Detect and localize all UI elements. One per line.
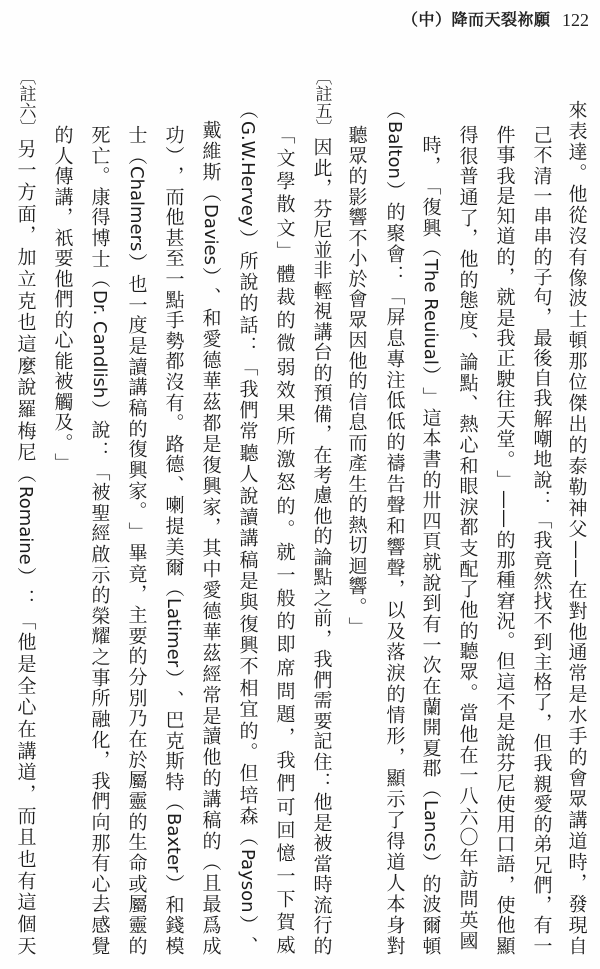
text-column: 己不清一串串的子句，最後自我解嘲地說：「我竟然找不到主格了，但我親愛的弟兄們，有… xyxy=(528,125,554,955)
glyph: 。 xyxy=(164,413,183,432)
glyph: 影 xyxy=(347,187,366,206)
glyph: 就 xyxy=(275,542,294,561)
glyph: 息 xyxy=(347,412,366,431)
glyph: 們 xyxy=(312,670,331,689)
glyph: 克 xyxy=(16,291,35,310)
glyph: 是 xyxy=(201,706,220,725)
glyph: 事 xyxy=(90,668,109,687)
text-column: 件事我是知道的，就是我正駛往天堂。」——的那種窘況。但這不是說芬尼使用口語，使他… xyxy=(491,125,517,955)
glyph: 我 xyxy=(275,750,294,769)
text-column-paragraph-end: 的人傳講，祇要他們的心能被觸及。」 xyxy=(49,125,75,505)
glyph: 功 xyxy=(164,125,183,144)
glyph: 他 xyxy=(495,915,514,934)
glyph: 、 xyxy=(238,936,257,955)
glyph: 問 xyxy=(458,889,477,908)
glyph: 他 xyxy=(16,632,35,651)
glyph: 天 xyxy=(495,409,514,428)
glyph: 顯 xyxy=(495,936,514,955)
glyph: 英 xyxy=(458,910,477,929)
glyph: 茲 xyxy=(201,392,220,411)
glyph: 發 xyxy=(567,894,586,913)
glyph: 年 xyxy=(458,848,477,867)
glyph: 散 xyxy=(275,194,294,213)
glyph: 表 xyxy=(567,121,586,140)
glyph: 是 xyxy=(127,336,146,355)
glyph: 提 xyxy=(164,516,183,535)
glyph: ， xyxy=(164,166,183,185)
glyph: 然 xyxy=(532,571,551,590)
glyph: 麼 xyxy=(16,356,35,375)
glyph: 效 xyxy=(275,380,294,399)
glyph: 且 xyxy=(201,873,220,892)
glyph: 需 xyxy=(312,690,331,709)
glyph: Chalmers xyxy=(127,166,145,251)
text-column: 士（Chalmers）也一度是讀講稿的復興家。」畢竟，主要的分別乃在於屬靈的生命… xyxy=(123,125,149,955)
glyph: 啟 xyxy=(90,544,109,563)
footnote-column-note-6: 〔註六〕另一方面，加立克也這麼說羅梅尼（Romaine）：「他是全心在講道，而且… xyxy=(12,68,38,955)
glyph: 讀 xyxy=(201,726,220,745)
glyph: 本 xyxy=(421,428,440,447)
glyph: 的 xyxy=(53,125,72,144)
glyph: 的 xyxy=(495,530,514,549)
glyph: 前 xyxy=(312,608,331,627)
glyph: 斯 xyxy=(201,162,220,181)
glyph: 可 xyxy=(275,797,294,816)
glyph: 點 xyxy=(312,567,331,586)
glyph: 了 xyxy=(385,810,404,829)
glyph: 現 xyxy=(567,915,586,934)
glyph: 面 xyxy=(16,204,35,223)
glyph: 淚 xyxy=(385,663,404,682)
glyph: 會 xyxy=(347,289,366,308)
glyph: 一 xyxy=(127,295,146,314)
glyph: 融 xyxy=(90,709,109,728)
glyph: ， xyxy=(312,629,331,648)
glyph: 解 xyxy=(532,409,551,428)
glyph: ， xyxy=(16,225,35,244)
glyph: ， xyxy=(495,875,514,894)
glyph: 波 xyxy=(421,894,440,913)
glyph: 在 xyxy=(127,729,146,748)
glyph: 稿 xyxy=(127,398,146,417)
glyph: Dr. Candlish xyxy=(90,290,108,398)
glyph: 這 xyxy=(421,408,440,427)
glyph: 行 xyxy=(312,915,331,934)
glyph: 。 xyxy=(567,163,586,182)
glyph: 一 xyxy=(421,635,440,654)
text-column: 功），而他甚至一點手勢都沒有。路德、喇提美爾（Latimer）、巴克斯特（Bax… xyxy=(160,125,186,955)
glyph: 的 xyxy=(127,646,146,665)
glyph: 的 xyxy=(127,936,146,955)
glyph: 一 xyxy=(275,565,294,584)
glyph: 康 xyxy=(90,187,109,206)
glyph: 我 xyxy=(532,530,551,549)
glyph: 一 xyxy=(458,765,477,784)
glyph: 眾 xyxy=(347,310,366,329)
glyph: 度 xyxy=(127,315,146,334)
glyph: 地 xyxy=(532,449,551,468)
glyph: 講 xyxy=(201,789,220,808)
glyph: 串 xyxy=(532,206,551,225)
glyph: 愛 xyxy=(201,329,220,348)
glyph: 的 xyxy=(312,526,331,545)
glyph: 國 xyxy=(458,931,477,950)
glyph: 的 xyxy=(53,310,72,329)
glyph: 響 xyxy=(347,207,366,226)
glyph: 常 xyxy=(201,685,220,704)
glyph: 就 xyxy=(495,287,514,306)
glyph: ， xyxy=(385,747,404,766)
glyph: 人 xyxy=(53,146,72,165)
glyph: ， xyxy=(567,873,586,892)
glyph: 模 xyxy=(164,936,183,955)
glyph: 切 xyxy=(347,535,366,554)
glyph: 回 xyxy=(275,820,294,839)
glyph: 眾 xyxy=(567,789,586,808)
glyph: 人 xyxy=(238,464,257,483)
glyph: 勒 xyxy=(567,477,586,496)
glyph: 我 xyxy=(495,166,514,185)
glyph: （ xyxy=(201,183,220,202)
glyph: 復 xyxy=(127,439,146,458)
glyph: （ xyxy=(16,464,35,483)
glyph: 記 xyxy=(312,731,331,750)
glyph: 是 xyxy=(238,571,257,590)
glyph: 人 xyxy=(385,873,404,892)
vertical-text-body: 來表達。他從沒有像波士頓那位傑出的泰勒神父——在對他通常是水手的會眾講道時，發現… xyxy=(0,0,600,969)
glyph: 道 xyxy=(495,226,514,245)
glyph: 說 xyxy=(421,573,440,592)
glyph: 了 xyxy=(458,579,477,598)
glyph: 並 xyxy=(312,240,331,259)
glyph: 像 xyxy=(567,268,586,287)
glyph: 心 xyxy=(16,697,35,716)
glyph: ） xyxy=(164,146,183,165)
glyph: 事 xyxy=(495,145,514,164)
glyph: 〇 xyxy=(458,827,477,846)
glyph: ， xyxy=(532,895,551,914)
glyph: 、 xyxy=(164,690,183,709)
glyph: 會 xyxy=(385,244,404,263)
glyph: 的 xyxy=(458,621,477,640)
glyph: 他 xyxy=(201,747,220,766)
glyph: 興 xyxy=(127,460,146,479)
glyph: 有 xyxy=(532,915,551,934)
glyph: 眾 xyxy=(347,146,366,165)
glyph: 的 xyxy=(385,202,404,221)
glyph: 往 xyxy=(495,389,514,408)
glyph: 身 xyxy=(385,915,404,934)
glyph: 在 xyxy=(567,580,586,599)
glyph: 爾 xyxy=(421,915,440,934)
glyph: 且 xyxy=(16,827,35,846)
glyph: 乃 xyxy=(127,708,146,727)
glyph: 頓 xyxy=(421,936,440,955)
glyph: 傳 xyxy=(53,166,72,185)
glyph: 培 xyxy=(238,785,257,804)
glyph: 們 xyxy=(53,289,72,308)
glyph: 來 xyxy=(567,100,586,119)
glyph: 問 xyxy=(275,681,294,700)
glyph: 出 xyxy=(567,414,586,433)
glyph: 的 xyxy=(312,936,331,955)
glyph: 迴 xyxy=(347,556,366,575)
glyph: 的 xyxy=(532,247,551,266)
glyph: 論 xyxy=(458,352,477,371)
footnote-label: 〔註五〕 xyxy=(313,68,330,136)
glyph: 主 xyxy=(127,605,146,624)
glyph: 「 xyxy=(385,286,404,305)
glyph: ） xyxy=(164,669,183,688)
glyph: 非 xyxy=(312,260,331,279)
glyph: 有 xyxy=(567,247,586,266)
glyph: 那 xyxy=(567,351,586,370)
glyph: 屬 xyxy=(127,770,146,789)
glyph: 而 xyxy=(164,187,183,206)
glyph: 講 xyxy=(567,810,586,829)
glyph: 德 xyxy=(164,454,183,473)
glyph: 主 xyxy=(532,652,551,671)
glyph: 考 xyxy=(312,465,331,484)
glyph: 他 xyxy=(458,600,477,619)
glyph: 知 xyxy=(495,206,514,225)
glyph: 對 xyxy=(385,936,404,955)
glyph: 這 xyxy=(16,334,35,353)
glyph: 形 xyxy=(385,726,404,745)
glyph: （ xyxy=(164,792,183,811)
glyph: （ xyxy=(238,827,257,846)
glyph: 而 xyxy=(347,433,366,452)
glyph: ） xyxy=(421,366,440,385)
glyph: ， xyxy=(16,784,35,803)
glyph: 。 xyxy=(90,166,109,185)
glyph: 和 xyxy=(458,456,477,475)
glyph: 另 xyxy=(16,139,35,158)
glyph: 堂 xyxy=(495,429,514,448)
glyph: 示 xyxy=(385,789,404,808)
glyph: 信 xyxy=(347,392,366,411)
glyph: 。 xyxy=(495,631,514,650)
glyph: 家 xyxy=(201,497,220,516)
glyph: 的 xyxy=(238,293,257,312)
glyph: 的 xyxy=(347,166,366,185)
glyph: 屬 xyxy=(127,894,146,913)
glyph: ： xyxy=(312,772,331,791)
glyph: 常 xyxy=(238,421,257,440)
glyph: 專 xyxy=(385,349,404,368)
glyph: 竟 xyxy=(127,564,146,583)
glyph: 都 xyxy=(201,413,220,432)
glyph: 死 xyxy=(90,125,109,144)
glyph: 說 xyxy=(16,377,35,396)
glyph: ， xyxy=(421,156,440,175)
glyph: ， xyxy=(53,207,72,226)
glyph: 興 xyxy=(421,218,440,237)
glyph: 去 xyxy=(90,894,109,913)
glyph: 「 xyxy=(16,611,35,630)
glyph: ） xyxy=(238,229,257,248)
glyph: ， xyxy=(275,727,294,746)
glyph: ， xyxy=(495,267,514,286)
glyph: 錢 xyxy=(164,915,183,934)
glyph: 也 xyxy=(127,274,146,293)
glyph: 後 xyxy=(532,348,551,367)
glyph: 本 xyxy=(385,894,404,913)
glyph: ： xyxy=(532,490,551,509)
glyph: 一 xyxy=(275,866,294,885)
glyph: 口 xyxy=(495,834,514,853)
glyph: 度 xyxy=(458,311,477,330)
glyph: 四 xyxy=(421,511,440,530)
glyph: 八 xyxy=(458,786,477,805)
glyph: 聚 xyxy=(385,223,404,242)
glyph: 祇 xyxy=(53,228,72,247)
glyph: 復 xyxy=(201,455,220,474)
glyph: 頁 xyxy=(421,531,440,550)
glyph: 即 xyxy=(275,634,294,653)
glyph: 耀 xyxy=(90,626,109,645)
glyph: 況 xyxy=(495,611,514,630)
glyph: 復 xyxy=(421,197,440,216)
glyph: 我 xyxy=(312,649,331,668)
glyph: 所 xyxy=(275,426,294,445)
glyph: 沒 xyxy=(164,372,183,391)
glyph: 輕 xyxy=(312,281,331,300)
glyph: 。 xyxy=(53,433,72,452)
glyph: 、 xyxy=(164,475,183,494)
glyph: 到 xyxy=(532,632,551,651)
glyph: 們 xyxy=(275,773,294,792)
glyph: 。 xyxy=(238,742,257,761)
glyph: 學 xyxy=(275,171,294,190)
glyph: 」 xyxy=(53,453,72,472)
glyph: 傑 xyxy=(567,393,586,412)
glyph: 的 xyxy=(238,721,257,740)
glyph: 情 xyxy=(385,705,404,724)
glyph: 是 xyxy=(495,712,514,731)
glyph: 興 xyxy=(238,635,257,654)
glyph: 因 xyxy=(347,330,366,349)
glyph: 憶 xyxy=(275,843,294,862)
glyph: 最 xyxy=(532,328,551,347)
glyph: （ xyxy=(127,146,146,165)
glyph: 會 xyxy=(567,768,586,787)
glyph: 格 xyxy=(532,672,551,691)
glyph: 道 xyxy=(385,852,404,871)
glyph: 禱 xyxy=(385,453,404,472)
glyph: 德 xyxy=(201,601,220,620)
glyph: 語 xyxy=(495,854,514,873)
glyph: 爲 xyxy=(201,915,220,934)
glyph: Latimer xyxy=(164,598,182,667)
glyph: 般 xyxy=(275,588,294,607)
glyph: 以 xyxy=(385,600,404,619)
glyph: 論 xyxy=(312,547,331,566)
glyph: 講 xyxy=(127,377,146,396)
glyph: 當 xyxy=(458,703,477,722)
glyph: 之 xyxy=(312,588,331,607)
text-column: 死亡。康得博士（Dr. Candlish）說：「被聖經啟示的榮耀之事所融化，我們… xyxy=(86,125,112,955)
glyph: 手 xyxy=(567,726,586,745)
glyph: 視 xyxy=(312,301,331,320)
glyph: 眼 xyxy=(458,476,477,495)
glyph: 爾 xyxy=(164,557,183,576)
glyph: 對 xyxy=(567,601,586,620)
glyph: 講 xyxy=(53,187,72,206)
glyph: 有 xyxy=(164,393,183,412)
glyph: 時 xyxy=(312,874,331,893)
glyph: 森 xyxy=(238,806,257,825)
glyph: 克 xyxy=(164,731,183,750)
glyph: ： xyxy=(385,265,404,284)
text-column: 「文學散文」體裁的微弱效果所激怒的。就一般的即席問題，我們可回憶一下賀威 xyxy=(271,125,297,955)
text-column: 時，「復興（The Reuiual）」這本書的卅四頁就說到有一次在蘭開夏郡（La… xyxy=(417,135,443,955)
glyph: 此 xyxy=(312,158,331,177)
glyph: 有 xyxy=(16,871,35,890)
glyph: 夏 xyxy=(421,738,440,757)
glyph: 聲 xyxy=(385,495,404,514)
glyph: 熱 xyxy=(458,414,477,433)
glyph: 沒 xyxy=(567,226,586,245)
glyph: 常 xyxy=(567,663,586,682)
glyph: 文 xyxy=(275,218,294,237)
glyph: 尼 xyxy=(495,773,514,792)
glyph: 的 xyxy=(421,470,440,489)
glyph: 的 xyxy=(567,435,586,454)
glyph: 我 xyxy=(90,771,109,790)
glyph: 他 xyxy=(53,269,72,288)
glyph: 士 xyxy=(127,125,146,144)
glyph: 在 xyxy=(312,445,331,464)
glyph: （ xyxy=(421,238,440,257)
text-column: 得很普通了，他的態度、論點、熱心和眼淚都支配了他的聽眾。當他在一八六〇年訪問英國 xyxy=(454,125,480,950)
glyph: 那 xyxy=(90,833,109,852)
glyph: 果 xyxy=(275,403,294,422)
glyph: 和 xyxy=(201,308,220,327)
text-column: 戴維斯（Davies）、和愛德華茲都是復興家，其中愛德華茲經常是讀他的講稿的（且… xyxy=(197,120,223,955)
glyph: （ xyxy=(90,269,109,288)
glyph: Romaine xyxy=(16,486,34,565)
glyph: 宜 xyxy=(238,699,257,718)
glyph: 激 xyxy=(275,449,294,468)
glyph: 要 xyxy=(127,626,146,645)
glyph: 就 xyxy=(421,552,440,571)
glyph: 愛 xyxy=(532,794,551,813)
glyph: 都 xyxy=(164,351,183,370)
glyph: 不 xyxy=(347,228,366,247)
glyph: 。 xyxy=(495,450,514,469)
glyph: 斯 xyxy=(164,751,183,770)
glyph: 低 xyxy=(385,390,404,409)
glyph: ） xyxy=(90,400,109,419)
glyph: 有 xyxy=(421,614,440,633)
glyph: 賀 xyxy=(275,912,294,931)
glyph: 與 xyxy=(238,592,257,611)
glyph: 一 xyxy=(16,160,35,179)
glyph: 維 xyxy=(201,141,220,160)
glyph: 亡 xyxy=(90,146,109,165)
glyph: 們 xyxy=(90,791,109,810)
glyph: 靈 xyxy=(127,915,146,934)
glyph: 經 xyxy=(90,523,109,542)
glyph: 息 xyxy=(385,328,404,347)
glyph: 響 xyxy=(347,576,366,595)
glyph: 和 xyxy=(385,516,404,535)
glyph: 」 xyxy=(347,617,366,636)
glyph: 位 xyxy=(567,372,586,391)
glyph: 的 xyxy=(385,684,404,703)
glyph: 題 xyxy=(275,704,294,723)
